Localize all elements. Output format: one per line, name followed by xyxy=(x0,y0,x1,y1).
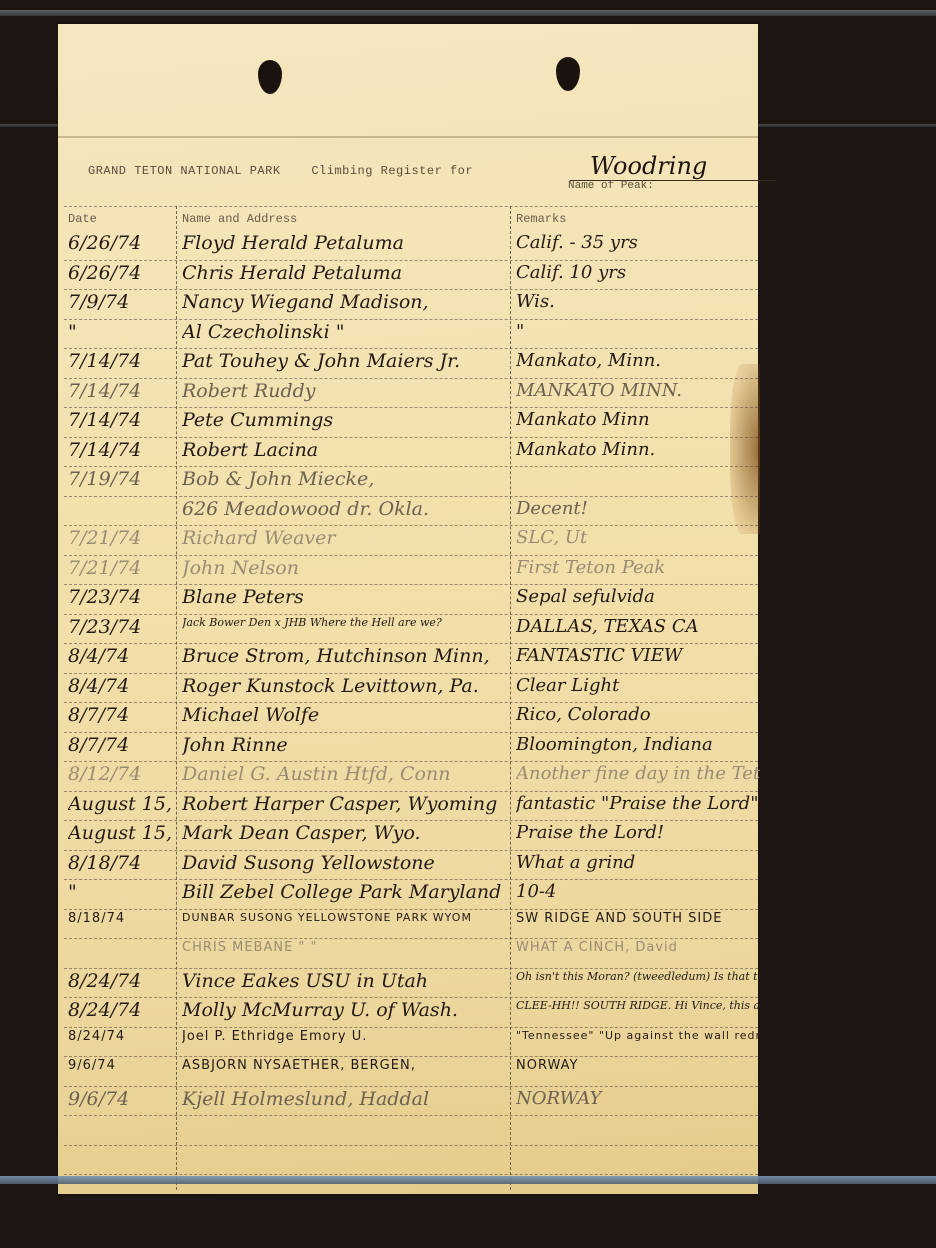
entry-date: 7/23/74 xyxy=(68,616,176,638)
entry-name-address: Mark Dean Casper, Wyo. xyxy=(182,822,512,844)
entry-remarks: 10-4 xyxy=(516,881,760,902)
entry-name-address: Floyd Herald Petaluma xyxy=(182,232,512,254)
entry-name-address: Michael Wolfe xyxy=(182,704,512,726)
entry-name-address: ASBJORN NYSAETHER, BERGEN, xyxy=(182,1058,512,1073)
entry-name-address: Robert Lacina xyxy=(182,439,512,461)
entry-name-address: Al Czecholinski " xyxy=(182,321,512,343)
entry-date: 8/18/74 xyxy=(68,911,176,926)
entry-remarks: Mankato Minn xyxy=(516,409,760,430)
entry-date: August 15, 74 xyxy=(68,793,176,815)
entry-date: 7/9/74 xyxy=(68,291,176,313)
table-top-rule xyxy=(64,206,758,207)
entry-name-address: 626 Meadowood dr. Okla. xyxy=(182,498,512,520)
entry-date: 9/6/74 xyxy=(68,1088,176,1110)
register-entry: 8/12/74Daniel G. Austin Htfd, ConnAnothe… xyxy=(64,761,758,789)
register-entry: CHRIS MEBANE " "WHAT A CINCH, David xyxy=(64,938,758,966)
register-entry: 7/23/74Blane PetersSepal sefulvida xyxy=(64,584,758,612)
register-entry: 7/21/74John NelsonFirst Teton Peak xyxy=(64,555,758,583)
entry-remarks: MANKATO MINN. xyxy=(516,380,760,401)
entry-date: " xyxy=(68,321,176,343)
row-rule xyxy=(64,1115,758,1116)
entry-remarks: NORWAY xyxy=(516,1088,760,1109)
register-entry: 7/21/74Richard WeaverSLC, Ut xyxy=(64,525,758,553)
entry-remarks: Clear Light xyxy=(516,675,760,696)
register-entry: 8/7/74Michael WolfeRico, Colorado xyxy=(64,702,758,730)
entry-remarks: Mankato, Minn. xyxy=(516,350,760,371)
column-header-date: Date xyxy=(68,212,97,226)
punch-hole-right xyxy=(556,57,580,91)
entry-remarks: " xyxy=(516,321,760,342)
entry-name-address: John Nelson xyxy=(182,557,512,579)
entry-date: 8/24/74 xyxy=(68,999,176,1021)
register-header: GRAND TETON NATIONAL PARK Climbing Regis… xyxy=(88,164,473,178)
register-entry: 7/23/74Jack Bower Den x JHB Where the He… xyxy=(64,614,758,642)
entry-date: 7/23/74 xyxy=(68,586,176,608)
entry-name-address: John Rinne xyxy=(182,734,512,756)
paper-fold-line xyxy=(58,136,758,138)
entry-date: 7/14/74 xyxy=(68,409,176,431)
register-entry: 7/14/74Robert RuddyMANKATO MINN. xyxy=(64,378,758,406)
glass-frame-edge-bottom xyxy=(0,1176,936,1184)
register-entry: August 15, 74Robert Harper Casper, Wyomi… xyxy=(64,791,758,819)
entry-name-address: Bill Zebel College Park Maryland xyxy=(182,881,512,903)
register-entry: 8/4/74Roger Kunstock Levittown, Pa.Clear… xyxy=(64,673,758,701)
register-entry: 8/18/74DUNBAR SUSONG YELLOWSTONE PARK WY… xyxy=(64,909,758,937)
entry-remarks: First Teton Peak xyxy=(516,557,760,578)
entry-date: 7/19/74 xyxy=(68,468,176,490)
entry-date: " xyxy=(68,881,176,903)
register-entry: 8/7/74John RinneBloomington, Indiana xyxy=(64,732,758,760)
register-entry: 8/24/74Vince Eakes USU in UtahOh isn't t… xyxy=(64,968,758,996)
entry-name-address: Bruce Strom, Hutchinson Minn, xyxy=(182,645,512,667)
entry-remarks: Another fine day in the Tetons xyxy=(516,763,760,784)
entry-name-address: Jack Bower Den x JHB Where the Hell are … xyxy=(182,616,512,629)
entry-date: 8/7/74 xyxy=(68,704,176,726)
entry-remarks: DALLAS, TEXAS CA xyxy=(516,616,760,637)
entry-date: 7/21/74 xyxy=(68,557,176,579)
entry-date: 6/26/74 xyxy=(68,262,176,284)
column-header-name: Name and Address xyxy=(182,212,297,226)
register-entry: 7/14/74Pete CummingsMankato Minn xyxy=(64,407,758,435)
register-entry: 7/9/74Nancy Wiegand Madison,Wis. xyxy=(64,289,758,317)
register-entry: August 15, 74Mark Dean Casper, Wyo.Prais… xyxy=(64,820,758,848)
register-label: Climbing Register for xyxy=(311,164,473,178)
entry-name-address: Bob & John Miecke, xyxy=(182,468,512,490)
entry-date: 8/4/74 xyxy=(68,645,176,667)
register-entry: 7/14/74Robert LacinaMankato Minn. xyxy=(64,437,758,465)
register-entry: 6/26/74Chris Herald PetalumaCalif. 10 yr… xyxy=(64,260,758,288)
entry-remarks: CLEE-HH!! SOUTH RIDGE. Hi Vince, this ai… xyxy=(516,999,760,1012)
entry-name-address: CHRIS MEBANE " " xyxy=(182,940,512,955)
entry-name-address: Pete Cummings xyxy=(182,409,512,431)
column-header-remarks: Remarks xyxy=(516,212,566,226)
entry-remarks: Wis. xyxy=(516,291,760,312)
entry-date: 7/21/74 xyxy=(68,527,176,549)
peak-name: Woodring xyxy=(570,152,776,181)
entry-name-address: DUNBAR SUSONG YELLOWSTONE PARK WYOM xyxy=(182,911,512,924)
entry-remarks: Calif. - 35 yrs xyxy=(516,232,760,253)
entry-remarks: Sepal sefulvida xyxy=(516,586,760,607)
entry-date: 8/24/74 xyxy=(68,1029,176,1044)
entry-date: 6/26/74 xyxy=(68,232,176,254)
entry-date: 9/6/74 xyxy=(68,1058,176,1073)
entry-date: 7/14/74 xyxy=(68,380,176,402)
entry-remarks: Mankato Minn. xyxy=(516,439,760,460)
entry-name-address: Blane Peters xyxy=(182,586,512,608)
entry-remarks: Praise the Lord! xyxy=(516,822,760,843)
punch-hole-left xyxy=(258,60,282,94)
entry-remarks: Rico, Colorado xyxy=(516,704,760,725)
entry-date: 8/24/74 xyxy=(68,970,176,992)
entry-date: 8/4/74 xyxy=(68,675,176,697)
entry-name-address: Molly McMurray U. of Wash. xyxy=(182,999,512,1021)
entry-name-address: Robert Ruddy xyxy=(182,380,512,402)
entry-remarks: fantastic "Praise the Lord" xyxy=(516,793,760,814)
register-entry: 8/24/74Joel P. Ethridge Emory U."Tenness… xyxy=(64,1027,758,1055)
entry-remarks: Decent! xyxy=(516,498,760,519)
entry-remarks: "Tennessee" "Up against the wall redneck… xyxy=(516,1029,760,1042)
register-entry: 6/26/74Floyd Herald PetalumaCalif. - 35 … xyxy=(64,230,758,258)
glass-frame-edge-top xyxy=(0,10,936,16)
entry-date: 8/18/74 xyxy=(68,852,176,874)
entry-name-address: Richard Weaver xyxy=(182,527,512,549)
entry-name-address: Roger Kunstock Levittown, Pa. xyxy=(182,675,512,697)
register-entry: "Al Czecholinski "" xyxy=(64,319,758,347)
entry-remarks: Bloomington, Indiana xyxy=(516,734,760,755)
entry-remarks: NORWAY xyxy=(516,1058,760,1073)
entry-name-address: David Susong Yellowstone xyxy=(182,852,512,874)
entry-remarks: WHAT A CINCH, David xyxy=(516,940,760,955)
entry-name-address: Joel P. Ethridge Emory U. xyxy=(182,1029,512,1044)
park-name: GRAND TETON NATIONAL PARK xyxy=(88,164,281,178)
register-entry: "Bill Zebel College Park Maryland10-4 xyxy=(64,879,758,907)
entry-remarks: SLC, Ut xyxy=(516,527,760,548)
entry-name-address: Vince Eakes USU in Utah xyxy=(182,970,512,992)
entry-name-address: Daniel G. Austin Htfd, Conn xyxy=(182,763,512,785)
register-entry: 8/24/74Molly McMurray U. of Wash.CLEE-HH… xyxy=(64,997,758,1025)
peak-caption: Name of Peak: xyxy=(568,180,654,192)
entry-date: 7/14/74 xyxy=(68,439,176,461)
register-entry: 626 Meadowood dr. Okla.Decent! xyxy=(64,496,758,524)
register-entry: 7/14/74Pat Touhey & John Maiers Jr.Manka… xyxy=(64,348,758,376)
register-entry: 7/19/74Bob & John Miecke, xyxy=(64,466,758,494)
entry-name-address: Chris Herald Petaluma xyxy=(182,262,512,284)
entry-date: 8/7/74 xyxy=(68,734,176,756)
entry-name-address: Robert Harper Casper, Wyoming xyxy=(182,793,512,815)
entry-date: 8/12/74 xyxy=(68,763,176,785)
entry-date: 7/14/74 xyxy=(68,350,176,372)
register-entry: 8/18/74David Susong YellowstoneWhat a gr… xyxy=(64,850,758,878)
entry-remarks: FANTASTIC VIEW xyxy=(516,645,760,666)
row-rule xyxy=(64,1174,758,1175)
register-entry: 9/6/74ASBJORN NYSAETHER, BERGEN,NORWAY xyxy=(64,1056,758,1084)
climbing-register-sheet: GRAND TETON NATIONAL PARK Climbing Regis… xyxy=(58,24,758,1194)
entry-name-address: Nancy Wiegand Madison, xyxy=(182,291,512,313)
entry-remarks: What a grind xyxy=(516,852,760,873)
entry-remarks: SW RIDGE AND SOUTH SIDE xyxy=(516,911,760,926)
row-rule xyxy=(64,1145,758,1146)
register-entry: 9/6/74Kjell Holmeslund, HaddalNORWAY xyxy=(64,1086,758,1114)
entry-name-address: Kjell Holmeslund, Haddal xyxy=(182,1088,512,1110)
register-entry: 8/4/74Bruce Strom, Hutchinson Minn,FANTA… xyxy=(64,643,758,671)
entry-remarks: Oh isn't this Moran? (tweedledum) Is tha… xyxy=(516,970,760,983)
entry-name-address: Pat Touhey & John Maiers Jr. xyxy=(182,350,512,372)
entry-remarks: Calif. 10 yrs xyxy=(516,262,760,283)
entry-date: August 15, 74 xyxy=(68,822,176,844)
